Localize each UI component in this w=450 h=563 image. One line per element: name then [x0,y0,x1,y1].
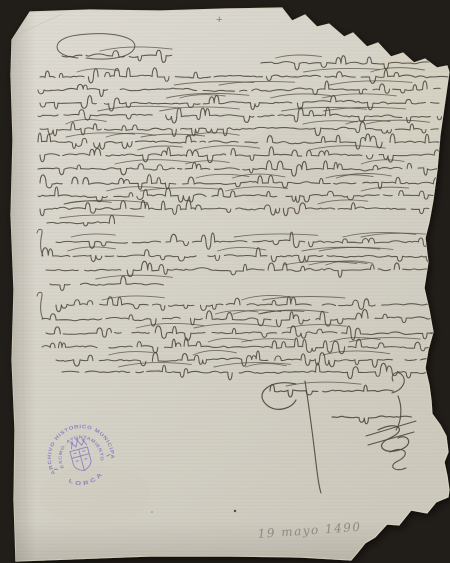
paper-stain [230,125,370,215]
paper-stain [40,465,150,525]
ink-speck [151,511,153,513]
document-canvas: + ARCHIVO HISTORICO MUNICIPAL EXCMO. AYU… [0,0,450,563]
cross-mark: + [216,14,222,26]
scanned-document-photo: + ARCHIVO HISTORICO MUNICIPAL EXCMO. AYU… [0,0,450,563]
ink-speck [234,510,236,512]
